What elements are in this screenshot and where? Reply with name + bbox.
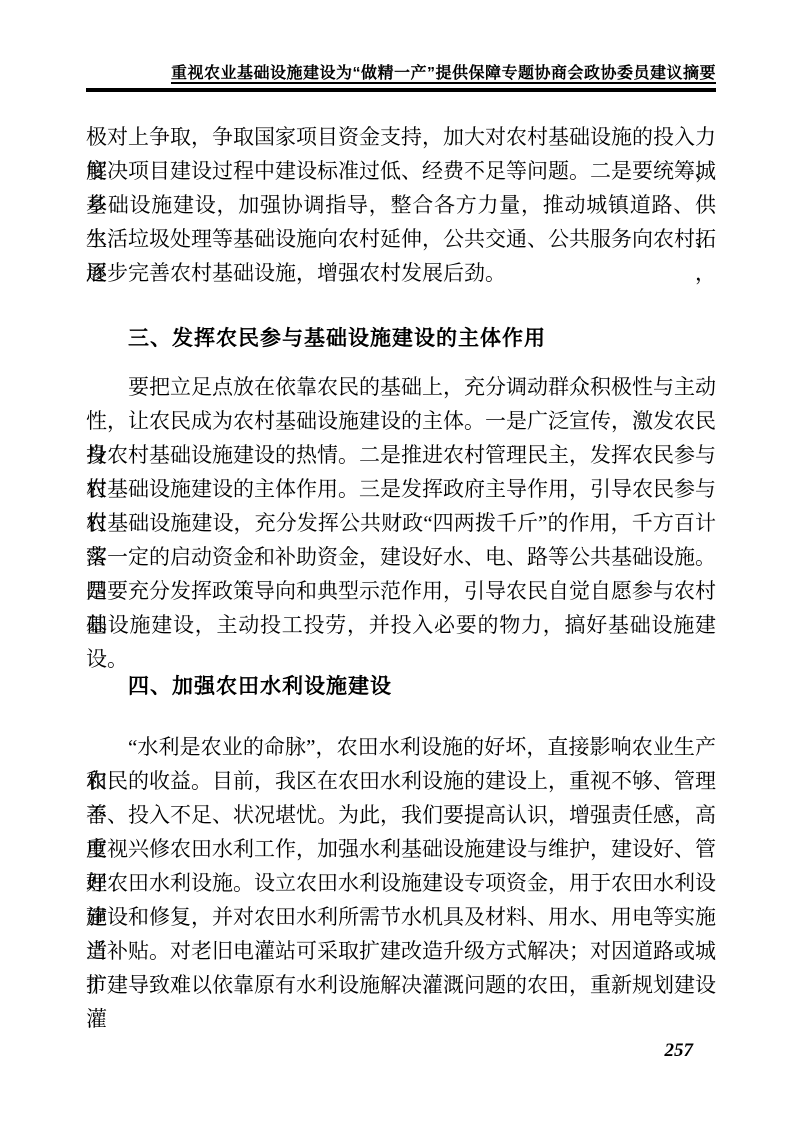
running-header: 重视农业基础设施建设为“做精一产”提供保障专题协商会政协委员建议摘要	[86, 0, 716, 86]
text-line: 重视兴修农田水利工作，加强水利基础设施建设与维护，建设好、管理	[86, 832, 716, 866]
running-header-title: 重视农业基础设施建设为“做精一产”提供保障专题协商会政协委员建议摘要	[171, 65, 716, 82]
text-line: 村基础设施建设的主体作用。三是发挥政府主导作用，引导农民参与农	[86, 472, 716, 506]
text-line: 善、投入不足、状况堪忧。为此，我们要提高认识，增强责任感，高度	[86, 798, 716, 832]
text-line: 性，让农民成为农村基础设施建设的主体。一是广泛宣传，激发农民投	[86, 404, 716, 438]
page-content: 重视农业基础设施建设为“做精一产”提供保障专题协商会政协委员建议摘要 极对上争取…	[86, 0, 716, 1002]
text-line: 要把立足点放在依靠农民的基础上，充分调动群众积极性与主动	[86, 370, 716, 404]
paragraph-2: 要把立足点放在依靠农民的基础上，充分调动群众积极性与主动 性，让农民成为农村基础…	[86, 370, 716, 642]
text-line: 础设施建设，主动投工投劳，并投入必要的物力，搞好基础设施建设。	[86, 608, 716, 642]
section-heading-3: 三、发挥农民参与基础设施建设的主体作用	[86, 322, 716, 356]
document-page: 重视农业基础设施建设为“做精一产”提供保障专题协商会政协委员建议摘要 极对上争取…	[0, 0, 803, 1133]
header-rule	[86, 88, 716, 92]
text-line: 好农田水利设施。设立农田水利设施建设专项资金，用于农田水利设施	[86, 866, 716, 900]
text-line: 当补贴。对老旧电灌站可采取扩建改造升级方式解决；对因道路或城市	[86, 934, 716, 968]
text-line: 身农村基础设施建设的热情。二是推进农村管理民主，发挥农民参与农	[86, 438, 716, 472]
text-line: 实一定的启动资金和补助资金，建设好水、电、路等公共基础设施。四	[86, 540, 716, 574]
text-line: 解决项目建设过程中建设标准过低、经费不足等问题。二是要统筹城乡	[86, 154, 716, 188]
text-line: 建设和修复，并对农田水利所需节水机具及材料、用水、用电等实施适	[86, 900, 716, 934]
text-line: “水利是农业的命脉”，农田水利设施的好坏，直接影响农业生产和	[86, 730, 716, 764]
text-line: 村基础设施建设，充分发挥公共财政“四两拨千斤”的作用，千方百计落	[86, 506, 716, 540]
text-line: 扩建导致难以依靠原有水利设施解决灌溉问题的农田，重新规划建设灌	[86, 968, 716, 1002]
section-heading-4: 四、加强农田水利设施建设	[86, 670, 716, 704]
paragraph-3: “水利是农业的命脉”，农田水利设施的好坏，直接影响农业生产和 农民的收益。目前，…	[86, 730, 716, 1002]
text-line: 极对上争取，争取国家项目资金支持，加大对农村基础设施的投入力度，	[86, 120, 716, 154]
text-line: 基础设施建设，加强协调指导，整合各方力量，推动城镇道路、供水、	[86, 188, 716, 222]
page-number: 257	[665, 1040, 694, 1062]
paragraph-1: 极对上争取，争取国家项目资金支持，加大对农村基础设施的投入力度， 解决项目建设过…	[86, 120, 716, 290]
text-line: 生活垃圾处理等基础设施向农村延伸，公共交通、公共服务向农村拓展，	[86, 222, 716, 256]
text-line: 是要充分发挥政策导向和典型示范作用，引导农民自觉自愿参与农村基	[86, 574, 716, 608]
text-line: 农民的收益。目前，我区在农田水利设施的建设上，重视不够、管理不	[86, 764, 716, 798]
